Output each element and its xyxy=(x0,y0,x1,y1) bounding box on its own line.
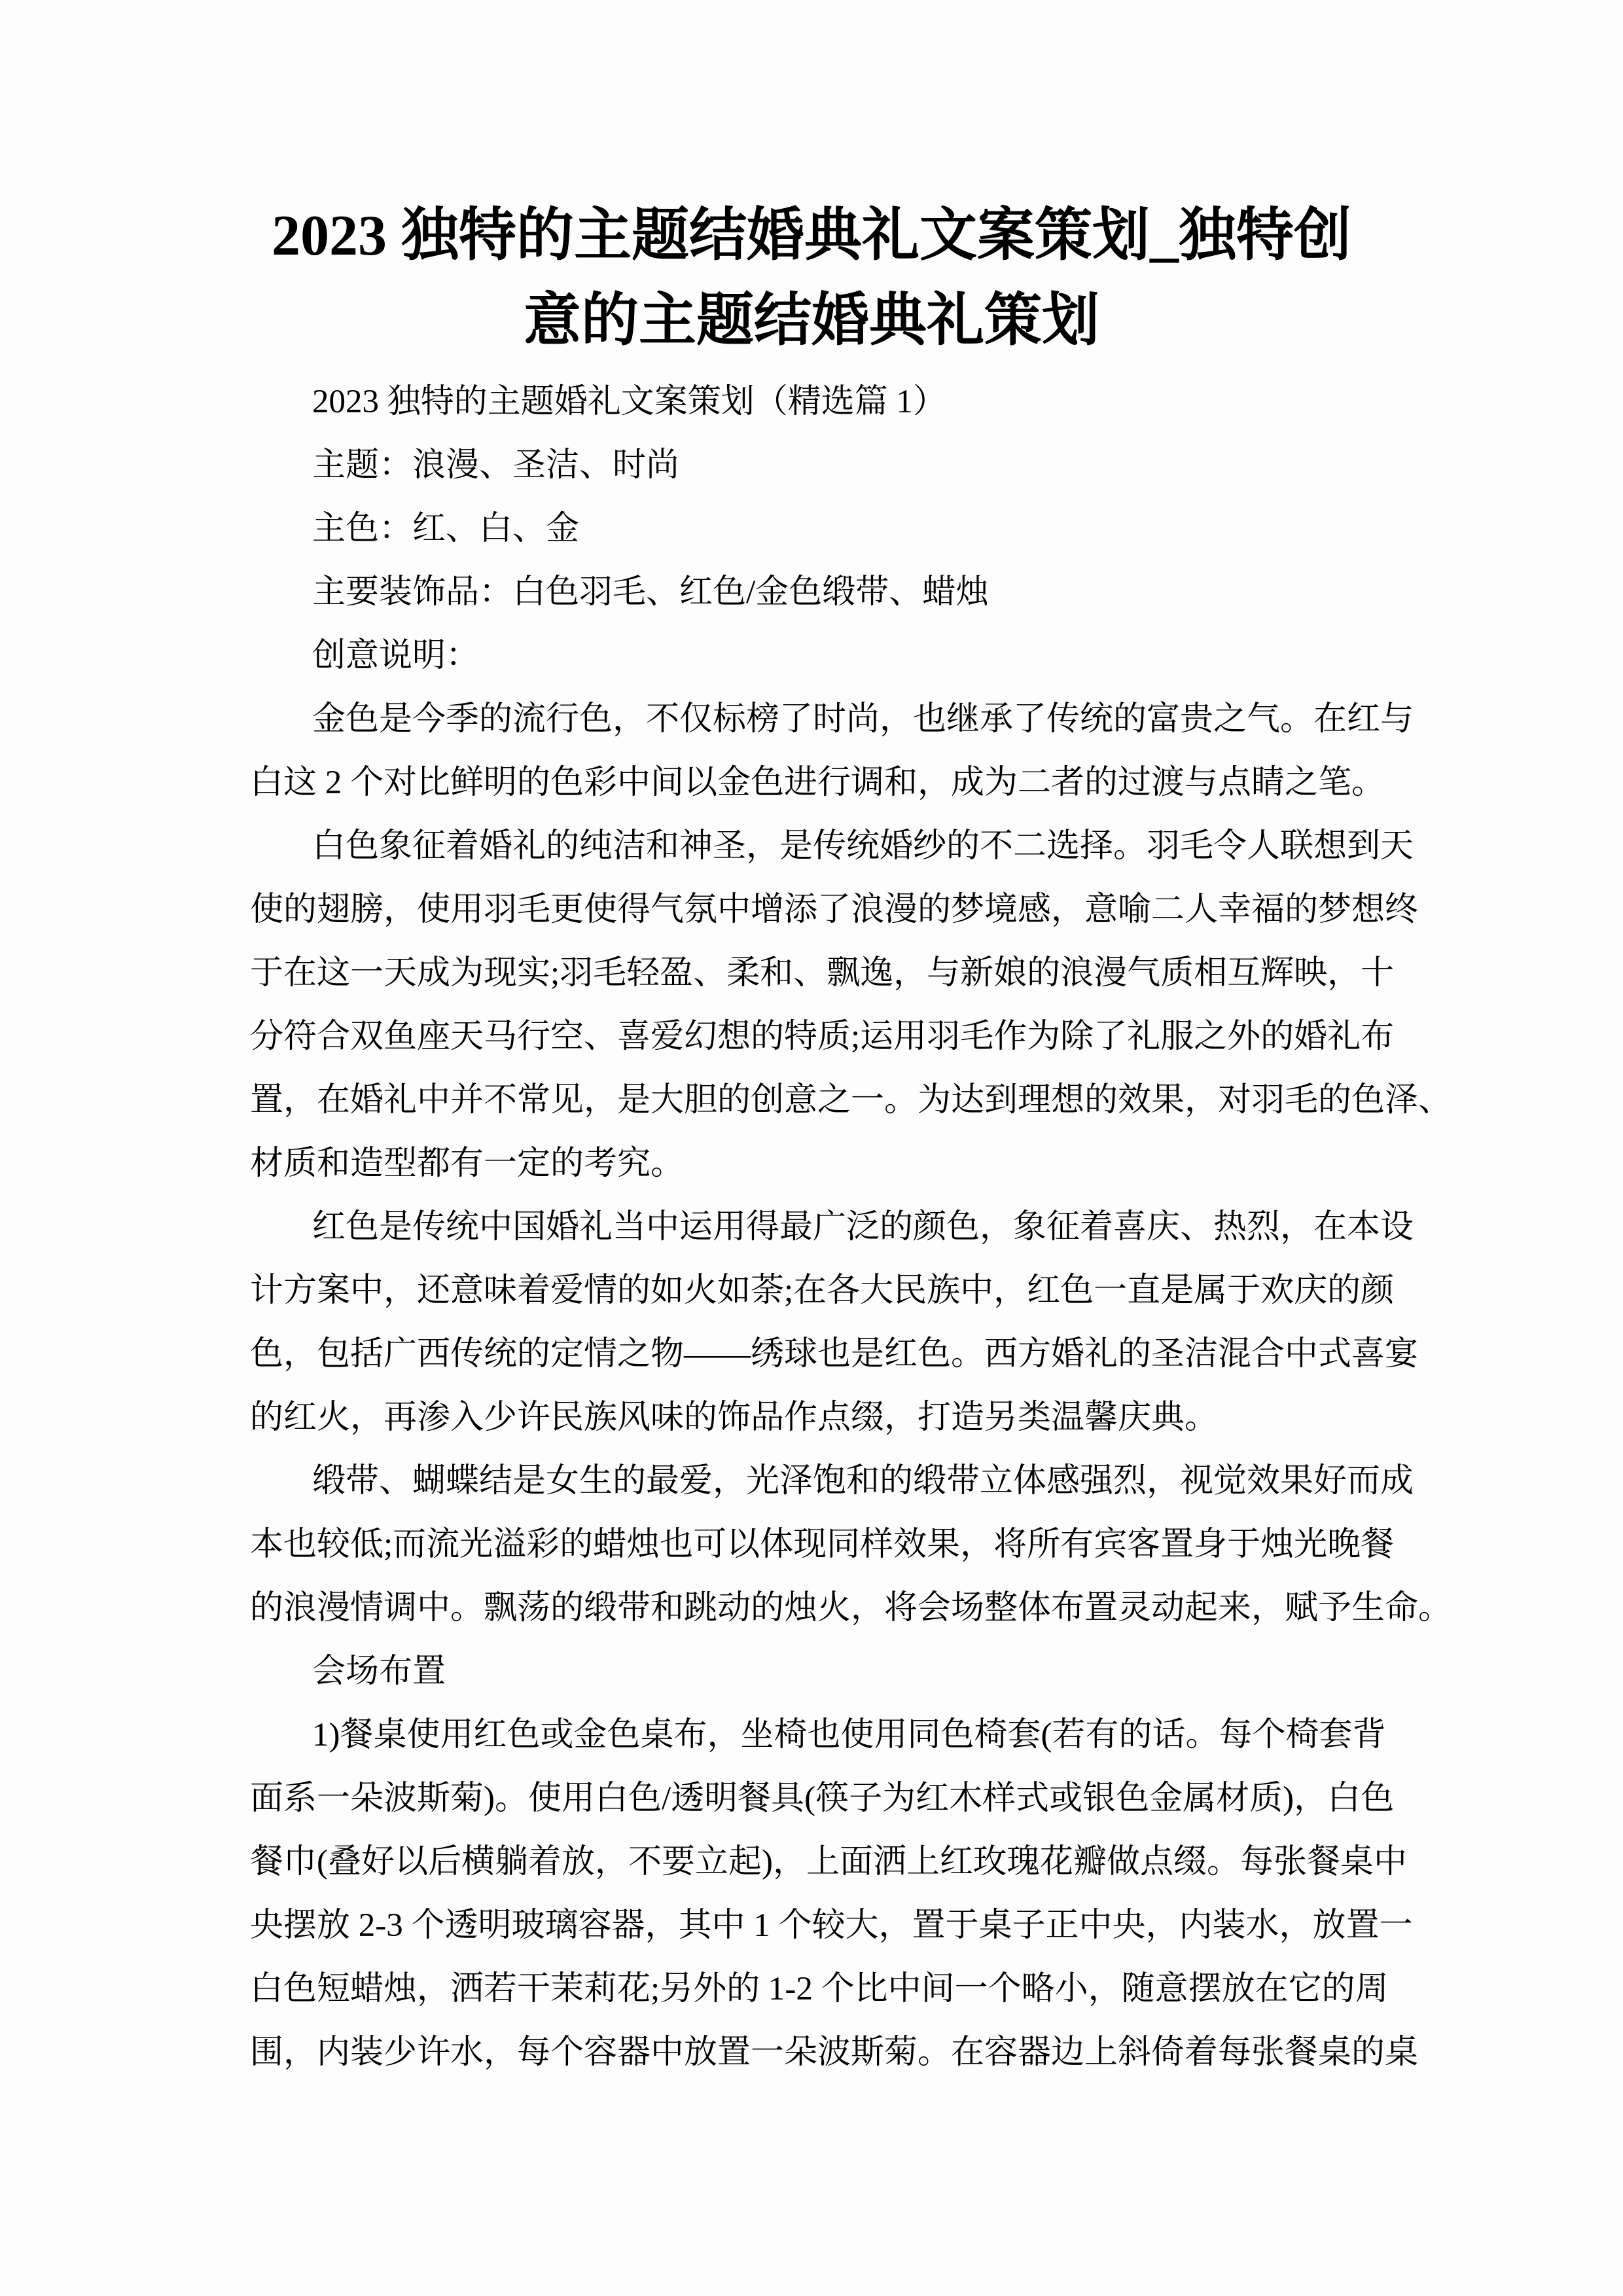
text-line: 本也较低;而流光溢彩的蜡烛也可以体现同样效果，将所有宾客置身于烛光晚餐 xyxy=(250,1513,1378,1577)
text-line: 围，内装少许水，每个容器中放置一朵波斯菊。在容器边上斜倚着每张餐桌的桌 xyxy=(250,2021,1378,2085)
text-line: 色，包括广西传统的定情之物——绣球也是红色。西方婚礼的圣洁混合中式喜宴 xyxy=(250,1323,1378,1386)
text-line: 材质和造型都有一定的考究。 xyxy=(250,1132,1378,1196)
title-line-1: 2023 独特的主题结婚典礼文案策划_独特创 xyxy=(247,194,1376,279)
text-line: 2023 独特的主题婚礼文案策划（精选篇 1） xyxy=(250,370,1378,434)
text-line: 白这 2 个对比鲜明的色彩中间以金色进行调和，成为二者的过渡与点睛之笔。 xyxy=(250,751,1378,815)
text-line: 缎带、蝴蝶结是女生的最爱，光泽饱和的缎带立体感强烈，视觉效果好而成 xyxy=(250,1450,1378,1513)
text-line: 主要装饰品：白色羽毛、红色/金色缎带、蜡烛 xyxy=(250,561,1378,624)
text-line: 主色：红、白、金 xyxy=(250,497,1378,561)
text-line: 央摆放 2-3 个透明玻璃容器，其中 1 个较大，置于桌子正中央，内装水，放置一 xyxy=(250,1894,1378,1958)
text-line: 白色象征着婚礼的纯洁和神圣，是传统婚纱的不二选择。羽毛令人联想到天 xyxy=(250,815,1378,878)
text-line: 1)餐桌使用红色或金色桌布，坐椅也使用同色椅套(若有的话。每个椅套背 xyxy=(250,1704,1378,1767)
text-line: 会场布置 xyxy=(250,1640,1378,1704)
text-line: 创意说明： xyxy=(250,624,1378,688)
text-line: 的红火，再渗入少许民族风味的饰品作点缀，打造另类温馨庆典。 xyxy=(250,1386,1378,1450)
text-line: 白色短蜡烛，洒若干茉莉花;另外的 1-2 个比中间一个略小，随意摆放在它的周 xyxy=(250,1958,1378,2021)
title-line-2: 意的主题结婚典礼策划 xyxy=(247,279,1376,364)
document-page: 2023 独特的主题结婚典礼文案策划_独特创 意的主题结婚典礼策划 2023 独… xyxy=(0,0,1623,2296)
text-line: 餐巾(叠好以后横躺着放，不要立起)，上面洒上红玫瑰花瓣做点缀。每张餐桌中 xyxy=(250,1831,1378,1894)
text-line: 红色是传统中国婚礼当中运用得最广泛的颜色，象征着喜庆、热烈，在本设 xyxy=(250,1196,1378,1259)
text-line: 计方案中，还意味着爱情的如火如荼;在各大民族中，红色一直是属于欢庆的颜 xyxy=(250,1259,1378,1323)
text-line: 于在这一天成为现实;羽毛轻盈、柔和、飘逸，与新娘的浪漫气质相互辉映，十 xyxy=(250,942,1378,1005)
text-line: 的浪漫情调中。飘荡的缎带和跳动的烛火，将会场整体布置灵动起来，赋予生命。 xyxy=(250,1577,1378,1640)
text-line: 分符合双鱼座天马行空、喜爱幻想的特质;运用羽毛作为除了礼服之外的婚礼布 xyxy=(250,1005,1378,1069)
document-title: 2023 独特的主题结婚典礼文案策划_独特创 意的主题结婚典礼策划 xyxy=(247,194,1376,364)
text-line: 置，在婚礼中并不常见，是大胆的创意之一。为达到理想的效果，对羽毛的色泽、 xyxy=(250,1069,1378,1132)
text-line: 金色是今季的流行色，不仅标榜了时尚，也继承了传统的富贵之气。在红与 xyxy=(250,688,1378,751)
text-line: 使的翅膀，使用羽毛更使得气氛中增添了浪漫的梦境感，意喻二人幸福的梦想终 xyxy=(250,878,1378,942)
text-line: 主题：浪漫、圣洁、时尚 xyxy=(250,434,1378,497)
text-line: 面系一朵波斯菊)。使用白色/透明餐具(筷子为红木样式或银色金属材质)，白色 xyxy=(250,1767,1378,1831)
document-body: 2023 独特的主题婚礼文案策划（精选篇 1）主题：浪漫、圣洁、时尚主色：红、白… xyxy=(250,370,1378,2085)
